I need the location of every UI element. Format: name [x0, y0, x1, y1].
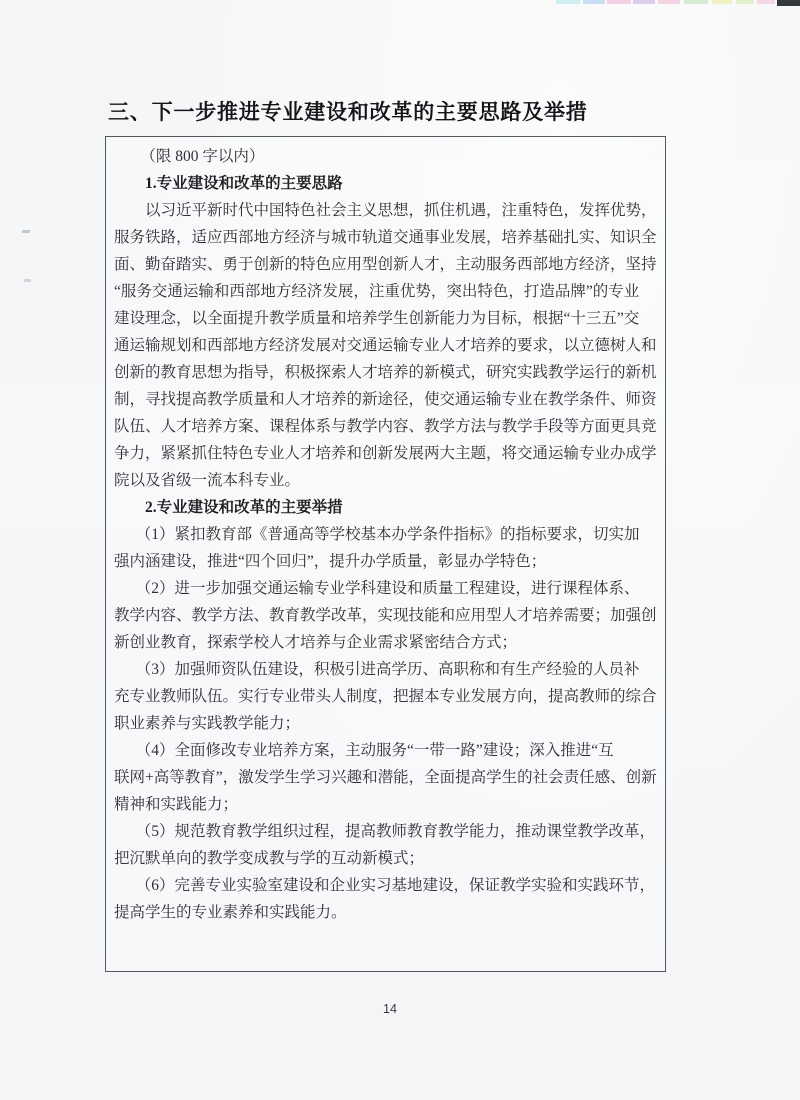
scan-artifact-segment	[757, 0, 775, 4]
text-line: 制，寻找提高教学质量和人才培养的新途径，使交通运输专业在教学条件、师资	[114, 386, 657, 413]
content-box: （限 800 字以内）1.专业建设和改革的主要思路以习近平新时代中国特色社会主义…	[105, 136, 666, 972]
text-line: （2）进一步加强交通运输专业学科建设和质量工程建设，进行课程体系、	[114, 575, 657, 602]
text-line: 院以及省级一流本科专业。	[114, 467, 657, 494]
text-line: 联网+高等教育”，激发学生学习兴趣和潜能，全面提高学生的社会责任感、创新	[114, 764, 657, 791]
text-line: 提高学生的专业素养和实践能力。	[114, 899, 657, 926]
scan-speck	[24, 279, 31, 282]
scan-artifact-segment	[556, 0, 580, 4]
text-line: 队伍、人才培养方案、课程体系与教学内容、教学方法与教学手段等方面更具竞	[114, 413, 657, 440]
scan-artifact-segment	[684, 0, 708, 4]
text-line: 建设理念，以全面提升教学质量和培养学生创新能力为目标，根据“十三五”交	[114, 305, 657, 332]
scan-artifact-segment	[633, 0, 655, 4]
text-line: （1）紧扣教育部《普通高等学校基本办学条件指标》的指标要求，切实加	[114, 521, 657, 548]
text-line: （限 800 字以内）	[114, 143, 657, 170]
text-line: 以习近平新时代中国特色社会主义思想，抓住机遇，注重特色，发挥优势，	[114, 197, 657, 224]
text-line: 面、勤奋踏实、勇于创新的特色应用型创新人才，主动服务西部地方经济，坚持	[114, 251, 657, 278]
text-line: （5）规范教育教学组织过程，提高教师教育教学能力，推动课堂教学改革，	[114, 818, 657, 845]
text-line: 把沉默单向的教学变成教与学的互动新模式；	[114, 845, 657, 872]
scan-speck	[22, 230, 30, 233]
text-line: （3）加强师资队伍建设，积极引进高学历、高职称和有生产经验的人员补	[114, 656, 657, 683]
scan-artifact-segment	[736, 0, 754, 4]
text-line: 职业素养与实践教学能力；	[114, 710, 657, 737]
page-title: 三、下一步推进专业建设和改革的主要思路及举措	[108, 96, 588, 126]
text-line: “服务交通运输和西部地方经济发展，注重优势，突出特色，打造品牌”的专业	[114, 278, 657, 305]
page-number: 14	[0, 1002, 780, 1016]
text-line: 创新的教育思想为指导，积极探索人才培养的新模式，研究实践教学运行的新机	[114, 359, 657, 386]
text-line: （6）完善专业实验室建设和企业实习基地建设，保证教学实验和实践环节，	[114, 872, 657, 899]
scan-corner-artifact	[777, 0, 800, 6]
scan-artifact-segment	[658, 0, 680, 4]
text-line: 精神和实践能力；	[114, 791, 657, 818]
text-line: 2.专业建设和改革的主要举措	[114, 494, 657, 521]
text-line: 通运输规划和西部地方经济发展对交通运输专业人才培养的要求，以立德树人和	[114, 332, 657, 359]
text-line: 新创业教育，探索学校人才培养与企业需求紧密结合方式；	[114, 629, 657, 656]
text-line: 1.专业建设和改革的主要思路	[114, 170, 657, 197]
text-line: 教学内容、教学方法、教育教学改革，实现技能和应用型人才培养需要；加强创	[114, 602, 657, 629]
scan-artifact-segment	[607, 0, 631, 4]
scan-artifact-segment	[583, 0, 605, 4]
box-content: （限 800 字以内）1.专业建设和改革的主要思路以习近平新时代中国特色社会主义…	[106, 137, 665, 926]
text-line: （4）全面修改专业培养方案，主动服务“一带一路”建设；深入推进“互	[114, 737, 657, 764]
scan-color-strip	[0, 0, 800, 4]
text-line: 强内涵建设，推进“四个回归”，提升办学质量，彰显办学特色；	[114, 548, 657, 575]
text-line: 争力，紧紧抓住特色专业人才培养和创新发展两大主题，将交通运输专业办成学	[114, 440, 657, 467]
text-line: 充专业教师队伍。实行专业带头人制度，把握本专业发展方向，提高教师的综合	[114, 683, 657, 710]
scan-artifact-segment	[712, 0, 732, 4]
text-line: 服务铁路，适应西部地方经济与城市轨道交通事业发展，培养基础扎实、知识全	[114, 224, 657, 251]
